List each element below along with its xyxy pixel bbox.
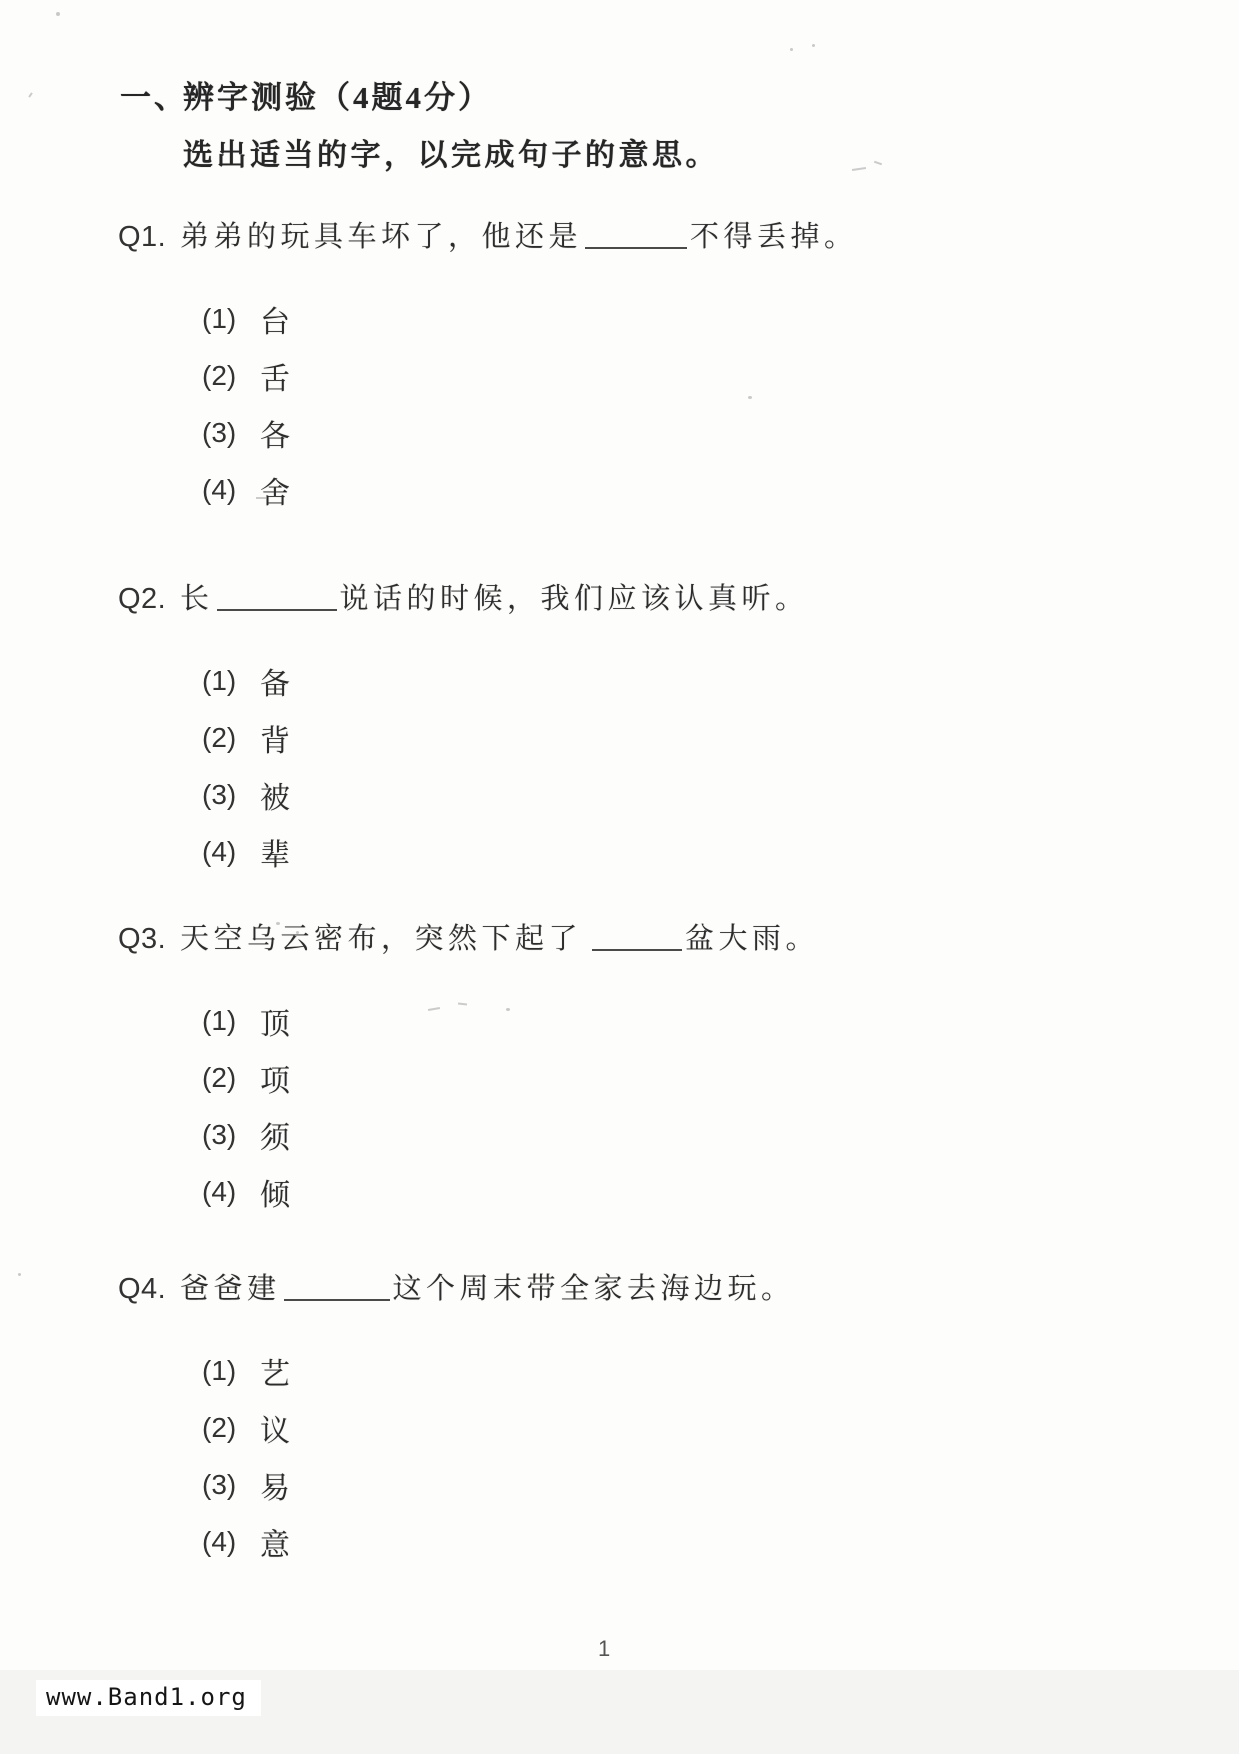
option-label: (4) [202, 836, 248, 868]
question-text-before-blank: 爸爸建 [180, 1266, 281, 1307]
section-title-line: 一、 辨字测验（4题4分） [120, 72, 719, 117]
option-row: (2) 议 [202, 1399, 1118, 1456]
question-line: Q4. 爸爸建 这个周末带全家去海边玩。 [118, 1266, 1118, 1316]
scan-speck [296, 931, 299, 934]
question-text-before-blank: 天空乌云密布，突然下起了 [180, 916, 582, 957]
option-row: (3) 各 [202, 404, 1118, 461]
option-character: 舌 [260, 354, 290, 398]
option-label: (3) [202, 1119, 248, 1151]
scan-speck [56, 12, 60, 16]
option-label: (4) [202, 1176, 248, 1208]
option-label: (4) [202, 1526, 248, 1558]
option-row: (3) 须 [202, 1106, 1118, 1163]
option-label: (3) [202, 779, 248, 811]
question-block-q4: Q4. 爸爸建 这个周末带全家去海边玩。 (1) 艺 (2) 议 (3) 易 (… [118, 1266, 1118, 1570]
option-character: 议 [260, 1406, 290, 1450]
option-character: 台 [260, 297, 290, 341]
question-text-after-blank: 这个周末带全家去海边玩。 [393, 1266, 795, 1307]
option-row: (2) 舌 [202, 347, 1118, 404]
answer-blank [217, 583, 337, 611]
scan-speck [18, 1273, 21, 1276]
question-block-q3: Q3. 天空乌云密布，突然下起了 盆大雨。 (1) 顶 (2) 项 (3) 须 … [118, 916, 1118, 1220]
options-list: (1) 台 (2) 舌 (3) 各 (4) 舍 [202, 290, 1118, 518]
question-number: Q2. [118, 583, 180, 616]
option-label: (4) [202, 474, 248, 506]
options-list: (1) 备 (2) 背 (3) 被 (4) 辈 [202, 652, 1118, 880]
question-line: Q2. 长 说话的时候，我们应该认真听。 [118, 576, 1118, 626]
question-line: Q3. 天空乌云密布，突然下起了 盆大雨。 [118, 916, 1118, 966]
question-text-after-blank: 说话的时候，我们应该认真听。 [340, 576, 809, 617]
option-character: 辈 [260, 830, 290, 874]
options-list: (1) 顶 (2) 项 (3) 须 (4) 倾 [202, 992, 1118, 1220]
question-text-before-blank: 弟弟的玩具车坏了，他还是 [180, 214, 582, 255]
option-row: (1) 台 [202, 290, 1118, 347]
question-number: Q3. [118, 923, 180, 956]
option-character: 顶 [260, 999, 290, 1043]
section-title: 辨字测验（4题4分） [183, 72, 492, 117]
option-character: 舍 [260, 468, 290, 512]
option-label: (3) [202, 417, 248, 449]
option-character: 易 [260, 1463, 290, 1507]
question-block-q1: Q1. 弟弟的玩具车坏了，他还是 不得丢掉。 (1) 台 (2) 舌 (3) 各… [118, 214, 1118, 518]
question-line: Q1. 弟弟的玩具车坏了，他还是 不得丢掉。 [118, 214, 1118, 264]
option-character: 背 [260, 716, 290, 760]
option-row: (3) 易 [202, 1456, 1118, 1513]
option-label: (2) [202, 360, 248, 392]
option-row: (1) 顶 [202, 992, 1118, 1049]
section-instruction: 选出适当的字，以完成句子的意思。 [183, 130, 719, 174]
section-number: 一、 [120, 72, 183, 117]
option-character: 意 [260, 1520, 290, 1564]
scan-speck [256, 497, 266, 499]
option-label: (3) [202, 1469, 248, 1501]
option-row: (4) 舍 [202, 461, 1118, 518]
question-text-before-blank: 长 [180, 576, 214, 617]
option-character: 艺 [260, 1349, 290, 1393]
scanned-test-page: 一、 辨字测验（4题4分） 选出适当的字，以完成句子的意思。 Q1. 弟弟的玩具… [0, 0, 1239, 1754]
scan-speck [812, 44, 815, 47]
option-row: (4) 辈 [202, 823, 1118, 880]
options-list: (1) 艺 (2) 议 (3) 易 (4) 意 [202, 1342, 1118, 1570]
scan-speck [276, 922, 280, 925]
option-label: (1) [202, 1355, 248, 1387]
footer-url: www.Band1.org [36, 1680, 261, 1716]
question-block-q2: Q2. 长 说话的时候，我们应该认真听。 (1) 备 (2) 背 (3) 被 (… [118, 576, 1118, 880]
page-number: 1 [598, 1636, 610, 1662]
option-row: (2) 背 [202, 709, 1118, 766]
option-character: 备 [260, 659, 290, 703]
question-number: Q1. [118, 221, 180, 254]
answer-blank [585, 221, 687, 249]
scan-speck [748, 396, 752, 399]
option-row: (1) 备 [202, 652, 1118, 709]
option-label: (2) [202, 722, 248, 754]
answer-blank [284, 1273, 390, 1301]
scan-speck [506, 1008, 510, 1011]
option-row: (4) 倾 [202, 1163, 1118, 1220]
answer-blank [592, 923, 682, 951]
question-text-after-blank: 不得丢掉。 [690, 214, 858, 255]
option-label: (2) [202, 1062, 248, 1094]
option-row: (4) 意 [202, 1513, 1118, 1570]
scan-speck [874, 161, 882, 166]
option-label: (1) [202, 665, 248, 697]
option-label: (2) [202, 1412, 248, 1444]
option-character: 项 [260, 1056, 290, 1100]
scan-speck [852, 167, 866, 171]
section-header: 一、 辨字测验（4题4分） 选出适当的字，以完成句子的意思。 [120, 72, 719, 174]
option-character: 被 [260, 773, 290, 817]
scan-speck [28, 92, 33, 97]
option-character: 各 [260, 411, 290, 455]
option-label: (1) [202, 303, 248, 335]
question-number: Q4. [118, 1273, 180, 1306]
option-character: 须 [260, 1113, 290, 1157]
option-label: (1) [202, 1005, 248, 1037]
scan-speck [790, 48, 793, 51]
option-row: (3) 被 [202, 766, 1118, 823]
option-row: (1) 艺 [202, 1342, 1118, 1399]
option-row: (2) 项 [202, 1049, 1118, 1106]
question-text-after-blank: 盆大雨。 [685, 916, 819, 957]
option-character: 倾 [260, 1170, 290, 1214]
